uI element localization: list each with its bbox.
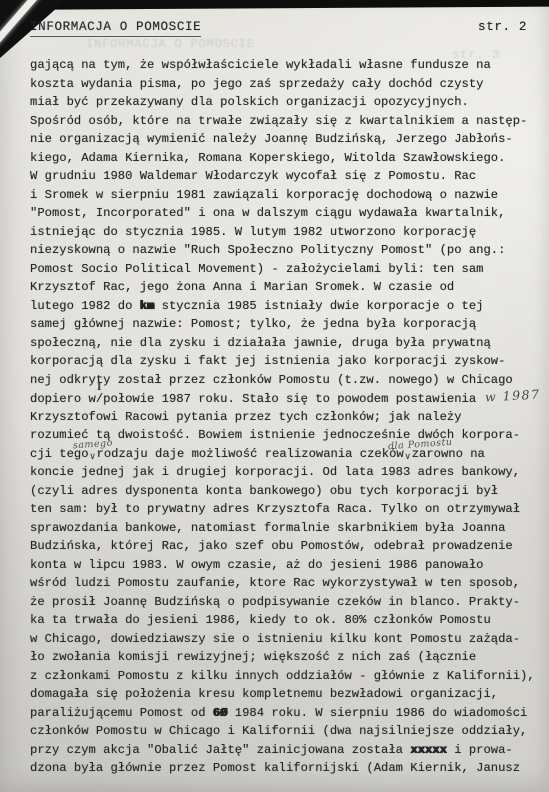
text-line: i Sromek w sierpniu 1981 zawiązali korpo… [30,186,549,205]
text-line: domagała się położenia kresu kompletnemu… [30,685,549,704]
text-line: Pomost Socio Political Movement) - założ… [30,260,549,279]
text-line: kiego, Adama Kiernika, Romana Koperskieg… [30,149,549,168]
text-line: ło zwołania komisji rewizyjnej; większoś… [30,648,549,667]
text-line: gającą na tym, że współwłaściciele wykła… [30,56,549,75]
document-page: INFORMACJA O POMOSCIE str. 3 INFORMACJA … [0,0,549,792]
text-line: nie organizacją wymienić należy Joannę B… [30,130,549,149]
scan-edge-band [0,0,549,10]
text-line: ka ta trwała do jesieni 1986, kiedy to o… [30,611,549,630]
text-segment: przy czym akcja "Obalić Jałtę" zainicjow… [30,743,410,757]
text-line: koszta wydania pisma, po jego zaś sprzed… [30,75,549,94]
handwritten-margin-note: w 1987 [485,386,541,407]
text-line: (czyli adres dysponenta konta bankowego)… [30,482,549,501]
text-line: konta w lipcu 1983. W owym czasie, aż do… [30,556,549,575]
typewritten-text: gającą na tym, że współwłaściciele wykła… [30,56,549,778]
text-line: dzona była głównie przez Pomost kaliforn… [30,759,549,778]
text-line: że prosił Joannę Budzińską o podpisywani… [30,593,549,612]
text-line: w Chicago, dowiedziawszy sie o istnieniu… [30,630,549,649]
page-header: INFORMACJA O POMOSCIE str. 2 [30,20,527,37]
text-segment: 1984 roku. W sierpniu 1986 do wiadomości [227,706,527,720]
text-line: lutego 1982 do km stycznia 1985 istniały… [30,297,549,316]
text-line: korporacją dla zysku i fakt jej istnieni… [30,352,549,371]
text-line: Krzysztof Rac, jego żona Anna i Marian S… [30,278,549,297]
caret-icon: ∨ [89,452,96,462]
text-line: sprawozdania bankowe, natomiast formalni… [30,519,549,538]
text-line: W grudniu 1980 Waldemar Włodarczyk wycof… [30,167,549,186]
insertion-caret: samego∨ [89,445,97,465]
text-segment: połowie 1987 roku. Stało się to powodem … [103,392,476,406]
insertion-caret: dla Pomostu∨ [404,445,412,465]
text-line: cji tegosamego∨rodzaju daje możliwość re… [30,445,549,464]
bleedthrough-title: INFORMACJA O POMOSCIE [86,37,255,51]
text-segment: lutego 1982 do [30,299,140,313]
insertion-slash: I/ [96,390,103,409]
text-segment: rodzaju daje możliwość realizowania czek… [97,447,404,461]
caret-icon: ∨ [404,452,411,462]
overstrike-typo: km [140,299,155,313]
text-line: Spośród osób, które na trwałe związały s… [30,112,549,131]
text-line: koncie jednej jak i drugiej korporacji. … [30,463,549,482]
text-segment: dopiero w [30,392,96,406]
text-segment: paraliżującemu Pomost od [30,706,213,720]
text-line: Krzysztofowi Racowi pytania przez tych c… [30,408,549,427]
handwritten-insert-I: I [97,379,102,398]
page-number: str. 2 [478,20,527,34]
text-line: samej głównej nazwie: Pomost; tylko, że … [30,315,549,334]
text-line: dopiero wI/połowie 1987 roku. Stało się … [30,389,549,408]
text-line: przy czym akcja "Obalić Jałtę" zainicjow… [30,741,549,760]
text-line: niezyskowną o nazwie "Ruch Społeczno Pol… [30,241,549,260]
text-line: miał być przekazywany dla polskich organ… [30,93,549,112]
text-line: wśród ludzi Pomostu zaufanie, ktore Rac … [30,574,549,593]
text-line: istniejąc do stycznia 1985. W lutym 1982… [30,223,549,242]
page-title: INFORMACJA O POMOSCIE [30,20,201,37]
text-segment: i prowa- [447,743,513,757]
text-line: ten sam: był to prywatny adres Krzysztof… [30,500,549,519]
handwritten-insert-dla-pomostu: dla Pomostu [387,433,453,456]
text-segment: stycznia 1985 istniały dwie korporacje o… [154,299,483,313]
text-line: społeczną, nie dla zysku i działała jawn… [30,334,549,353]
text-line: "Pomost, Incorporated" i ona w dalszym c… [30,204,549,223]
text-line: nej odkryty został przez członków Pomost… [30,371,549,390]
text-line: z członkami Pomostu z kilku innych oddzi… [30,667,549,686]
overstrike-typo: xxxxx [410,743,447,757]
text-line: Budzińska, której Rac, jako szef obu Pom… [30,537,549,556]
overstrike-typo: 6Ø [213,706,228,720]
text-line: paraliżującemu Pomost od 6Ø 1984 roku. W… [30,704,549,723]
text-line: członków Pomostu w Chicago i Kalifornii … [30,722,549,741]
